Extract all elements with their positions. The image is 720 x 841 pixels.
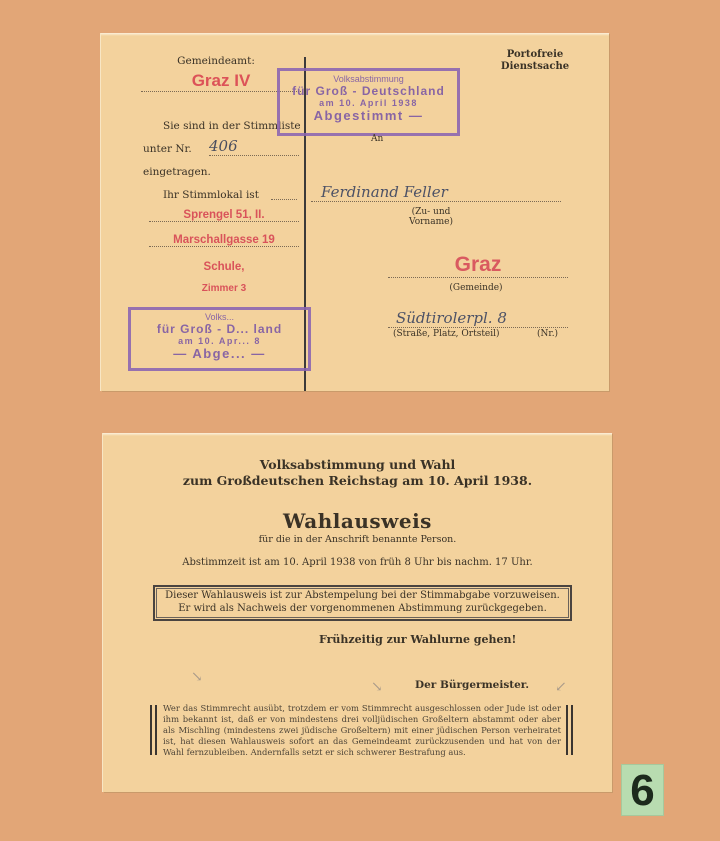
street-value: Südtirolerpl. 8 — [388, 309, 568, 328]
name-value: Ferdinand Feller — [311, 183, 561, 202]
mayor-signature: Der Bürgermeister. — [415, 679, 529, 691]
slogan: Frühzeitig zur Wahlurne gehen! — [319, 633, 516, 646]
polling-line-2: Marschallgasse 19 — [149, 234, 299, 247]
list-text-2: unter Nr. — [143, 143, 192, 155]
partial-stamp-line-4: — Abge... — — [131, 346, 308, 361]
pencil-tick-mark: ↘ — [191, 669, 203, 685]
legal-warning-text: Wer das Stimmrecht ausübt, trotzdem er v… — [163, 703, 561, 758]
stamp-line-1: Volksabstimmung — [280, 74, 457, 84]
plate-number-badge: 6 — [621, 764, 664, 816]
postage-notice: Portofreie Dienstsache — [485, 49, 585, 73]
pencil-tick-mark: ↙ — [555, 679, 567, 695]
notice-line-1: Dieser Wahlausweis ist zur Abstempelung … — [159, 589, 566, 602]
list-text-3: eingetragen. — [143, 166, 211, 178]
office-label: Gemeindeamt: — [161, 55, 271, 67]
heading-2: zum Großdeutschen Reichstag am 10. April… — [103, 473, 612, 488]
partial-stamp-line-1: Volks... — [131, 312, 308, 322]
addressee-prefix: An — [371, 134, 383, 144]
document-title: Wahlausweis — [103, 509, 612, 533]
notice-line-2: Er wird als Nachweis der vorgenommenen A… — [159, 602, 566, 615]
polling-label-line — [271, 199, 297, 200]
polling-line-4: Zimmer 3 — [149, 283, 299, 294]
postage-line-1: Portofreie — [485, 49, 585, 61]
postage-line-2: Dienstsache — [485, 61, 585, 73]
polling-label: Ihr Stimmlokal ist — [163, 189, 259, 201]
voting-certificate-card: Volksabstimmung und Wahl zum Großdeutsch… — [103, 433, 612, 792]
stamp-line-4: Abgestimmt — — [280, 108, 457, 123]
name-caption: (Zu- und Vorname) — [391, 207, 471, 227]
notice-box: Dieser Wahlausweis ist zur Abstempelung … — [153, 585, 572, 621]
voting-time: Abstimmzeit ist am 10. April 1938 von fr… — [103, 557, 612, 568]
street-caption: (Straße, Platz, Ortsteil) — [393, 329, 500, 339]
pencil-tick-mark: ↘ — [371, 679, 383, 695]
stamp-line-3: am 10. April 1938 — [280, 98, 457, 108]
stamp-line-2: für Groß - Deutschland — [280, 84, 457, 98]
partial-stamp-line-3: am 10. Apr... 8 — [131, 336, 308, 346]
number-caption: (Nr.) — [537, 329, 558, 339]
municipality-value: Graz — [388, 253, 568, 278]
polling-line-1: Sprengel 51, II. — [149, 209, 299, 222]
partial-stamp-line-2: für Groß - D... land — [131, 322, 308, 336]
legal-left-bars — [150, 705, 157, 755]
list-number: 406 — [209, 137, 299, 156]
polling-line-3: Schule, — [149, 261, 299, 273]
voting-stamp: Volksabstimmung für Groß - Deutschland a… — [277, 68, 460, 136]
municipality-caption: (Gemeinde) — [446, 283, 506, 293]
legal-right-bars — [566, 705, 573, 755]
document-subtitle: für die in der Anschrift benannte Person… — [103, 534, 612, 545]
heading-1: Volksabstimmung und Wahl — [103, 457, 612, 472]
partial-voting-stamp: Volks... für Groß - D... land am 10. Apr… — [128, 307, 311, 371]
address-card: Gemeindeamt: Graz IV Sie sind in der Sti… — [101, 33, 609, 391]
